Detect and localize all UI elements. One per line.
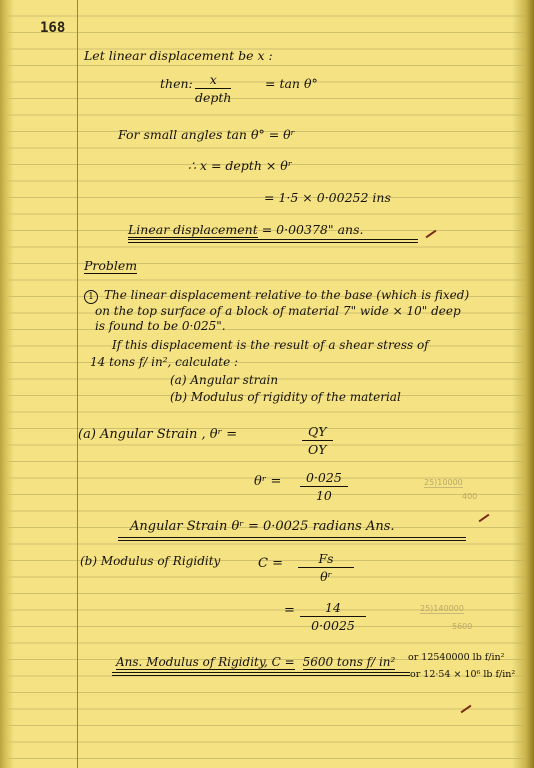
- answer-linear-value: = 0·00378" ans.: [262, 222, 364, 237]
- problem-number-icon: 1: [84, 290, 98, 304]
- problem-line-5: 14 tons f/ in², calculate :: [90, 355, 238, 369]
- solution-a-answer: Angular Strain θʳ = 0·0025 radians Ans.: [130, 519, 395, 534]
- answer-linear-label: Linear displacement: [128, 222, 258, 238]
- problem-line-2: on the top surface of a block of materia…: [95, 304, 461, 318]
- double-underline: [128, 239, 418, 243]
- intro-line: Let linear displacement be x :: [84, 48, 273, 63]
- solution-b-alt-2: or 12·54 × 10⁶ lb f/in²: [410, 669, 515, 680]
- problem-item-b: (b) Modulus of rigidity of the material: [170, 390, 401, 404]
- eq1-numerator: x: [195, 72, 231, 89]
- margin-line: [77, 0, 78, 768]
- solution-b-fraction-1: Fs θʳ: [298, 551, 354, 584]
- eq1-right: = tan θ°: [265, 76, 318, 91]
- check-mark-icon: [461, 705, 472, 714]
- page-number: 168: [40, 20, 65, 36]
- pencil-result-b: 5600: [452, 622, 472, 631]
- pencil-division-a: 25)10000: [424, 478, 463, 487]
- solution-a-eq-left: θʳ =: [254, 474, 281, 489]
- solution-a-fraction-2: 0·025 10: [300, 470, 348, 503]
- solution-b-eq-left: C =: [258, 556, 283, 571]
- solution-b-answer: Ans. Modulus of Rigidity, C = 5600 tons …: [116, 655, 395, 669]
- problem-line-1: 1The linear displacement relative to the…: [84, 288, 469, 304]
- solution-a-fraction-1: QY OY: [302, 424, 333, 457]
- double-underline: [118, 537, 466, 541]
- eq1-left: then:: [160, 76, 193, 91]
- check-mark-icon: [479, 514, 490, 523]
- small-angles-line: For small angles tan θ° = θʳ: [118, 127, 295, 142]
- problem-line-3: is found to be 0·025".: [95, 319, 226, 333]
- problem-heading: Problem: [84, 258, 137, 273]
- eq3-line: = 1·5 × 0·00252 ins: [264, 190, 391, 205]
- double-underline: [112, 672, 410, 676]
- problem-line-4: If this displacement is the result of a …: [112, 338, 429, 352]
- solution-a-label: (a) Angular Strain , θʳ =: [78, 427, 237, 442]
- problem-item-a: (a) Angular strain: [170, 373, 278, 387]
- answer-linear: Linear displacement = 0·00378" ans.: [128, 222, 364, 237]
- solution-b-label: (b) Modulus of Rigidity: [80, 554, 220, 568]
- eq1-denominator: depth: [195, 89, 231, 105]
- pencil-result-a: 400: [462, 492, 477, 501]
- solution-b-fraction-2: 14 0·0025: [300, 600, 366, 633]
- check-mark-icon: [426, 230, 437, 239]
- pencil-division-b: 25)140000: [420, 604, 464, 613]
- solution-b-alt-1: or 12540000 lb f/in²: [408, 652, 504, 663]
- solution-b-eq2-left: =: [284, 603, 295, 618]
- eq1-fraction: x depth: [195, 72, 231, 105]
- eq2-line: ∴ x = depth × θʳ: [188, 158, 292, 173]
- notebook-page: 168 Let linear displacement be x : then:…: [0, 0, 534, 768]
